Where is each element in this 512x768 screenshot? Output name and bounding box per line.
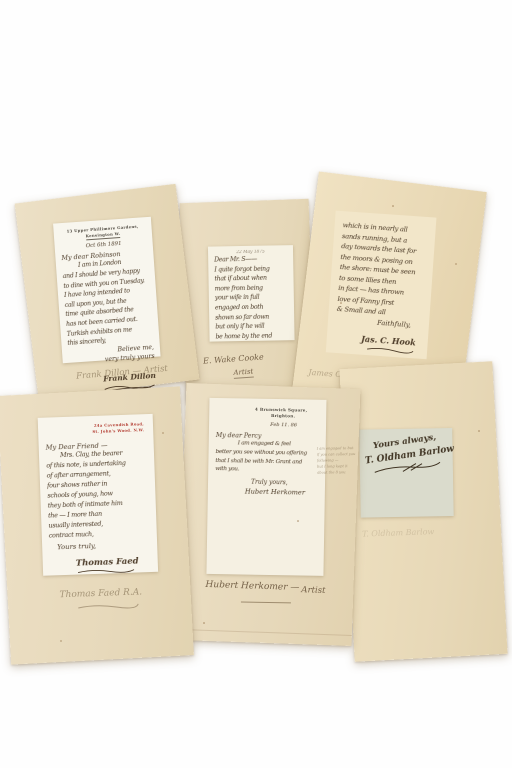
mount-sheet-faed: 24a Cavendish Road, St. John's Wood. N.W… (0, 386, 194, 664)
letter-body: Mrs. Clay, the bearerof this note, is un… (46, 448, 150, 541)
caption-cooke-title: Artist (233, 368, 254, 379)
letter-closing: Truly yours, (251, 479, 318, 487)
caption-barlow: T. Oldham Barlow (362, 527, 435, 539)
signature-hook: Jas. C. Hook (361, 334, 416, 348)
mount-sheet-dillon: 13 Upper Phillimore Gardens, Kensington … (15, 184, 200, 399)
signature-flourish (76, 567, 136, 575)
foxing-speck (340, 302, 342, 304)
letter-faed: 24a Cavendish Road, St. John's Wood. N.W… (38, 414, 158, 576)
letterhead-red: 24a Cavendish Road, St. John's Wood. N.W… (45, 421, 144, 436)
letter-dillon: 13 Upper Phillimore Gardens, Kensington … (53, 217, 161, 363)
letter-body: which is in nearly allsands running, but… (336, 220, 427, 320)
caption-flourish (76, 601, 140, 612)
foxing-speck (203, 622, 205, 624)
letterhead: 4 Brunswick Square, Brighton. (216, 406, 319, 420)
signature-faed: Thomas Faed (76, 556, 139, 568)
signature-slip-barlow: Yours always, T. Oldham Barlow (359, 428, 454, 518)
foxing-speck (455, 263, 457, 265)
foxing-speck (60, 640, 62, 642)
mount-sheet-barlow: Yours always, T. Oldham Barlow T. Oldham… (339, 361, 507, 662)
paper-crease (178, 629, 352, 636)
foxing-speck (392, 205, 394, 207)
signature-herkomer: Hubert Herkomer (245, 488, 318, 497)
photo-of-six-autograph-letters: 22 May 1875 Dear Mr. S——I quite forgot b… (0, 0, 512, 768)
hand-line: be home by the end (215, 331, 288, 342)
letter-body: I am in Londonand I should be very happy… (62, 256, 154, 348)
caption-cooke-name: E. Wake Cooke (203, 352, 264, 365)
foxing-speck (297, 520, 299, 522)
caption-herkomer-title: Artist (301, 585, 325, 596)
hand-line: with you. (215, 465, 318, 476)
foxing-speck (162, 432, 164, 434)
foxing-speck (478, 430, 480, 432)
caption-underline (241, 602, 291, 604)
letter-date: Feb 11. 86 (216, 421, 297, 428)
letter-body: I am engaged & feelbetter you see withou… (215, 439, 319, 476)
letter-hook: which is in nearly allsands running, but… (326, 211, 437, 360)
letter-cooke: 22 May 1875 Dear Mr. S——I quite forgot b… (208, 245, 295, 341)
letter-herkomer: 4 Brunswick Square, Brighton. Feb 11. 86… (206, 398, 326, 576)
hand-line: about the 8 you (317, 469, 357, 476)
mount-sheet-herkomer: 4 Brunswick Square, Brighton. Feb 11. 86… (178, 383, 361, 646)
letter-body: Dear Mr. S——I quite forgot beingthat if … (214, 254, 288, 342)
caption-faed: Thomas Faed R.A. (59, 587, 142, 600)
letterhead-line: Brighton. (216, 412, 295, 419)
signature-flourish (365, 346, 415, 355)
caption-herkomer-name: Hubert Herkomer — (205, 580, 299, 593)
pencil-note: I am engaged to butif you can collect yo… (317, 445, 358, 476)
